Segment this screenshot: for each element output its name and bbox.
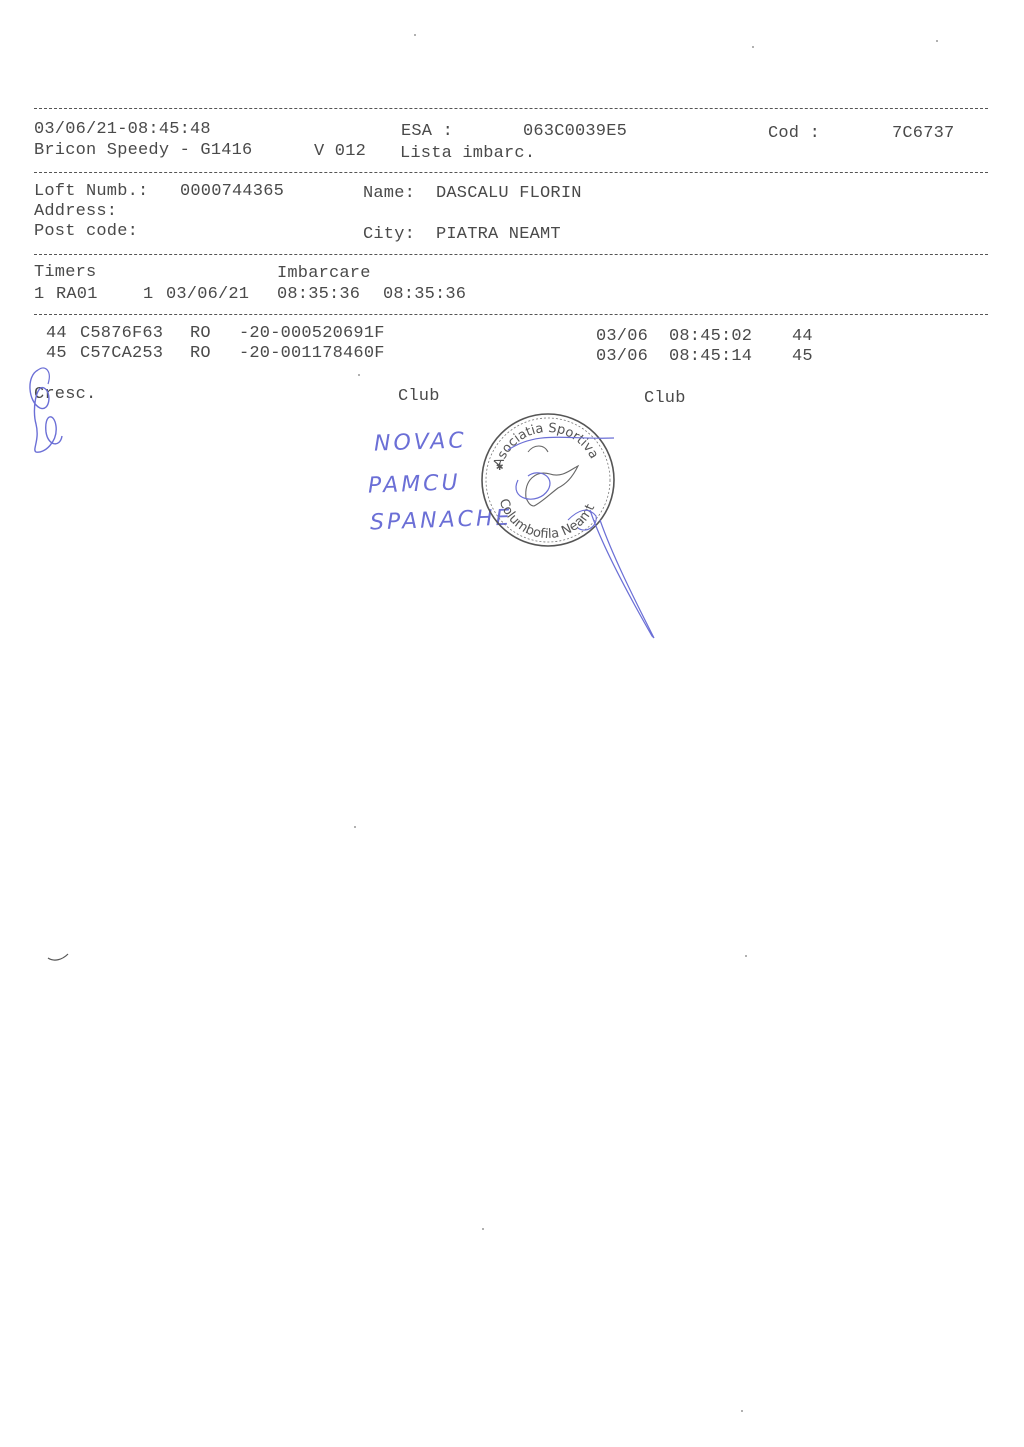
name-label: Name: bbox=[363, 184, 415, 204]
bird-time: 08:45:02 bbox=[669, 327, 752, 347]
timer-date: 03/06/21 bbox=[166, 285, 249, 305]
club-signature-stroke bbox=[580, 500, 670, 645]
separator-line bbox=[34, 172, 988, 173]
bird-time: 08:45:14 bbox=[669, 347, 752, 367]
scan-speck bbox=[741, 1410, 743, 1412]
separator-line bbox=[34, 108, 988, 109]
separator-line bbox=[34, 314, 988, 315]
software-name: Bricon Speedy - G1416 bbox=[34, 141, 252, 161]
scan-speck bbox=[354, 826, 356, 828]
city-label: City: bbox=[363, 225, 415, 245]
timers-label: Timers bbox=[34, 263, 96, 283]
address-label: Address: bbox=[34, 202, 117, 222]
scan-speck bbox=[752, 46, 754, 48]
esa-value: 063C0039E5 bbox=[523, 122, 627, 142]
handwritten-name-1: NOVAC bbox=[374, 428, 468, 456]
header-datetime: 03/06/21-08:45:48 bbox=[34, 120, 211, 140]
handwritten-name-2: PAMCU bbox=[368, 470, 461, 498]
scanned-document: 03/06/21-08:45:48 ESA : 063C0039E5 Cod :… bbox=[0, 0, 1024, 1447]
bird-chip: C57CA253 bbox=[80, 344, 163, 364]
loft-value: 0000744365 bbox=[180, 182, 284, 202]
star-icon: ✱ bbox=[496, 460, 503, 474]
scan-speck bbox=[936, 40, 938, 42]
timer-time-2: 08:35:36 bbox=[383, 285, 466, 305]
pigeon-emblem bbox=[526, 466, 578, 506]
city-value: PIATRA NEAMT bbox=[436, 225, 561, 245]
scan-speck bbox=[358, 374, 360, 376]
scan-speck bbox=[745, 955, 747, 957]
bird-date: 03/06 bbox=[596, 327, 648, 347]
document-title: Lista imbarc. bbox=[400, 144, 535, 164]
bird-ring: -20-001178460F bbox=[239, 344, 385, 364]
scan-mark bbox=[46, 950, 72, 964]
bird-seq: 44 bbox=[792, 327, 813, 347]
bird-ring: -20-000520691F bbox=[239, 324, 385, 344]
postcode-label: Post code: bbox=[34, 222, 138, 242]
imbarcare-label: Imbarcare bbox=[277, 264, 371, 284]
timer-time-1: 08:35:36 bbox=[277, 285, 360, 305]
timer-id: RA01 bbox=[56, 285, 98, 305]
bird-country: RO bbox=[190, 344, 211, 364]
bird-country: RO bbox=[190, 324, 211, 344]
bird-date: 03/06 bbox=[596, 347, 648, 367]
scan-speck bbox=[414, 34, 416, 36]
bird-number: 44 bbox=[46, 324, 67, 344]
timer-number: 1 bbox=[34, 285, 44, 305]
bird-chip: C5876F63 bbox=[80, 324, 163, 344]
esa-label: ESA : bbox=[401, 122, 453, 142]
cod-value: 7C6737 bbox=[892, 124, 954, 144]
bird-number: 45 bbox=[46, 344, 67, 364]
name-value: DASCALU FLORIN bbox=[436, 184, 582, 204]
separator-line bbox=[34, 254, 988, 255]
club-label-1: Club bbox=[398, 387, 440, 407]
timer-count: 1 bbox=[143, 285, 153, 305]
scan-speck bbox=[482, 1228, 484, 1230]
cod-label: Cod : bbox=[768, 124, 820, 144]
bird-seq: 45 bbox=[792, 347, 813, 367]
software-version: V 012 bbox=[314, 142, 366, 162]
breeder-signature bbox=[22, 362, 72, 457]
loft-label: Loft Numb.: bbox=[34, 182, 148, 202]
club-label-2: Club bbox=[644, 389, 686, 409]
